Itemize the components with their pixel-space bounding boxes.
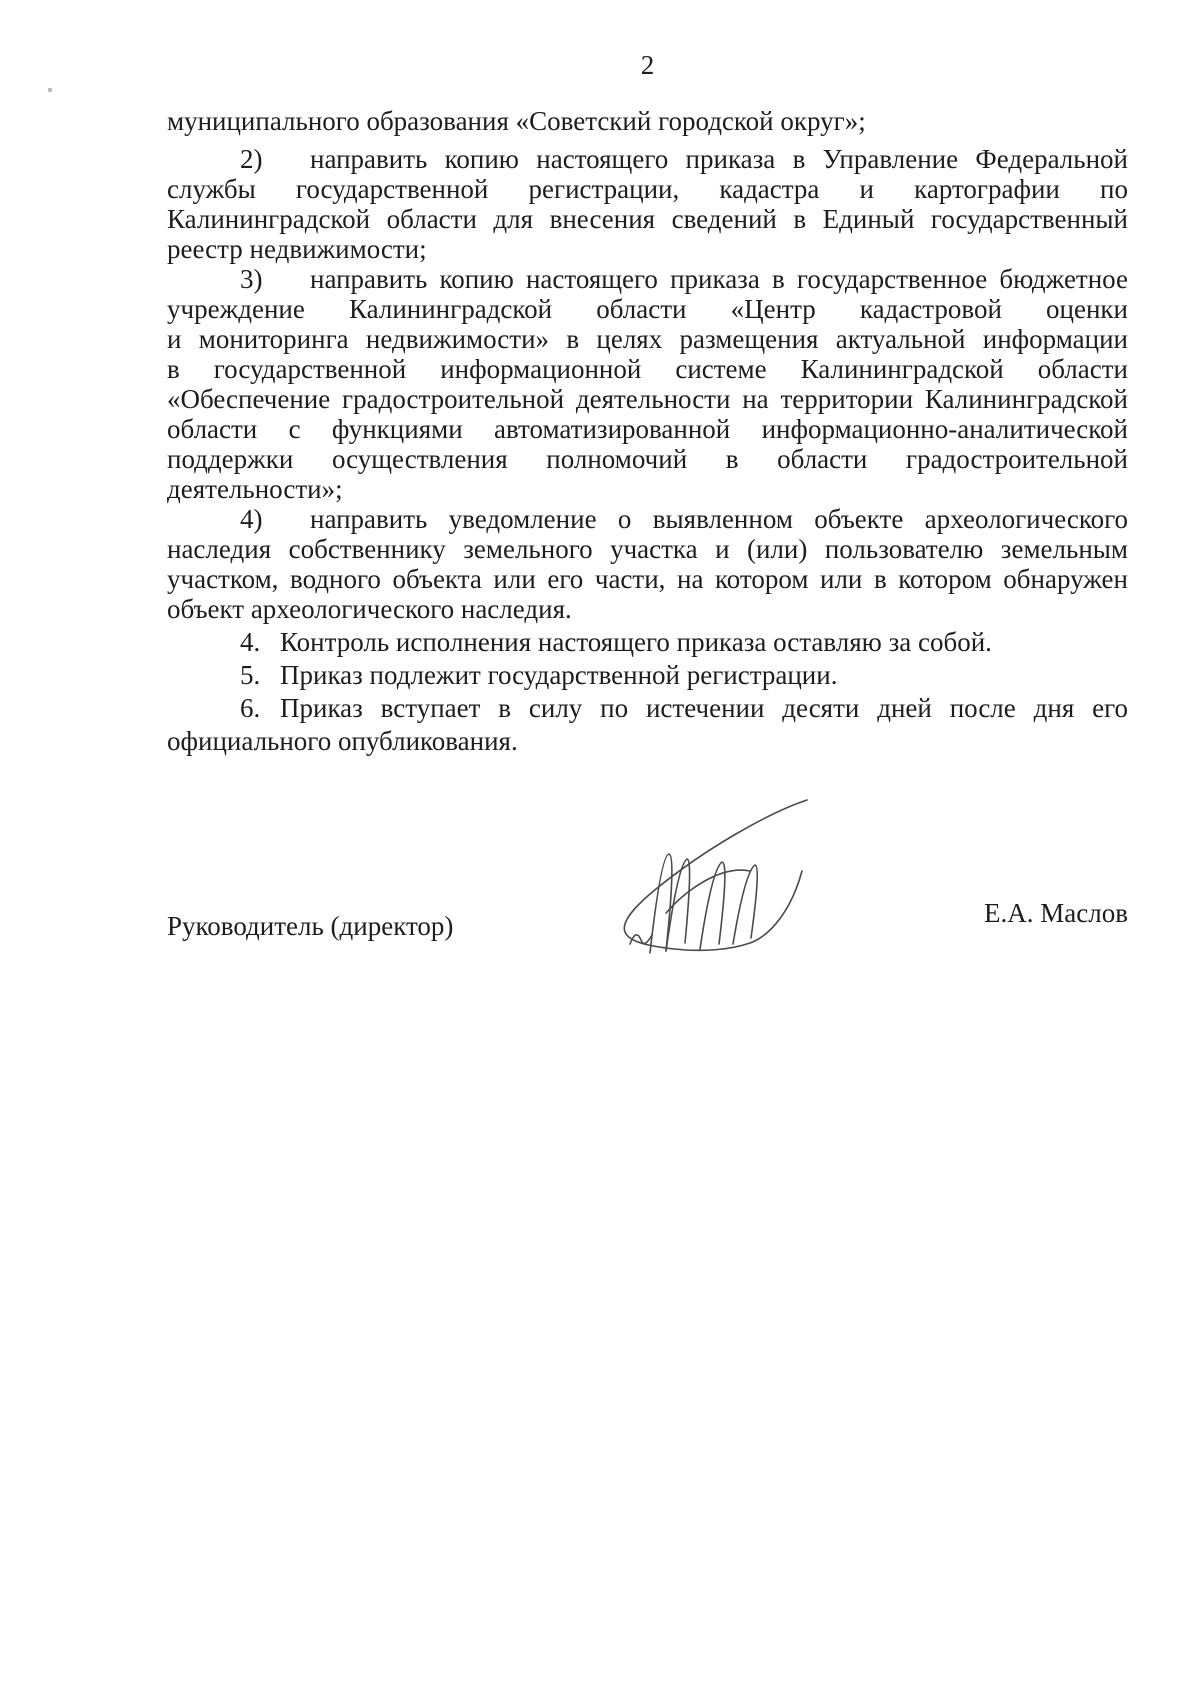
body-line: 5.Приказ подлежит государственной регист… xyxy=(167,660,1128,690)
handwritten-signature-icon xyxy=(600,793,815,968)
body-line: 2)направить копию настоящего приказа в У… xyxy=(167,144,1128,174)
body-line: деятельности»; xyxy=(167,474,1128,504)
body-line: 4.Контроль исполнения настоящего приказа… xyxy=(167,627,1128,657)
list-marker: 3) xyxy=(240,264,310,294)
body-line: поддержки осуществления полномочий в обл… xyxy=(167,444,1128,474)
body-line: 4)направить уведомление о выявленном объ… xyxy=(167,504,1128,534)
body-line: наследия собственнику земельного участка… xyxy=(167,534,1128,564)
body-line: официального опубликования. xyxy=(167,726,1128,756)
list-marker: 6. xyxy=(240,693,280,723)
body-line: и мониторинга недвижимости» в целях разм… xyxy=(167,324,1128,354)
body-line: участком, водного объекта или его части,… xyxy=(167,564,1128,594)
document-body: муниципального образования «Советский го… xyxy=(167,106,1128,756)
body-line: Калининградской области для внесения све… xyxy=(167,204,1128,234)
body-line: области с функциями автоматизированной и… xyxy=(167,414,1128,444)
scan-speck-icon xyxy=(48,88,52,92)
signature-position-title: Руководитель (директор) xyxy=(167,911,453,941)
page-number: 2 xyxy=(167,50,1128,80)
body-line: 6.Приказ вступает в силу по истечении де… xyxy=(167,693,1128,723)
body-line: «Обеспечение градостроительной деятельно… xyxy=(167,384,1128,414)
list-marker: 2) xyxy=(240,144,310,174)
body-line: в государственной информационной системе… xyxy=(167,354,1128,384)
document-page: 2 муниципального образования «Советский … xyxy=(0,0,1200,1697)
signatory-name: Е.А. Маслов xyxy=(984,898,1128,928)
body-line: муниципального образования «Советский го… xyxy=(167,106,1128,136)
body-line: службы государственной регистрации, када… xyxy=(167,174,1128,204)
list-marker: 5. xyxy=(240,660,280,690)
body-line: 3)направить копию настоящего приказа в г… xyxy=(167,264,1128,294)
list-marker: 4) xyxy=(240,504,310,534)
list-marker: 4. xyxy=(240,627,280,657)
body-line: реестр недвижимости; xyxy=(167,234,1128,264)
body-line: учреждение Калининградской области «Цент… xyxy=(167,294,1128,324)
body-line: объект археологического наследия. xyxy=(167,594,1128,624)
